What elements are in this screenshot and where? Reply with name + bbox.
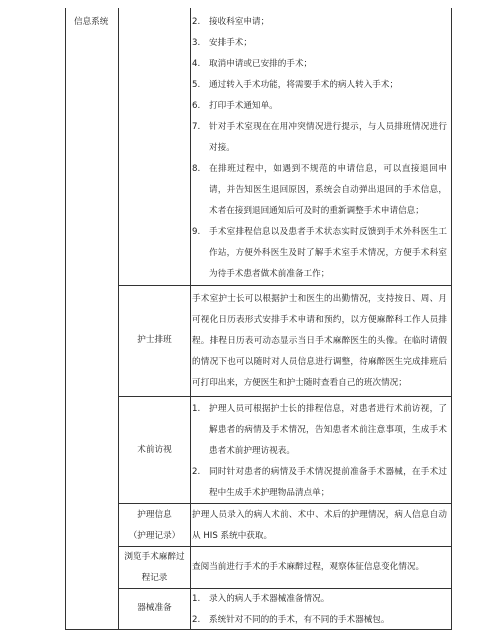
category-label: 信息系统 bbox=[74, 12, 108, 33]
instrument-prep-list: 1.录入的病人手术器械准备情况。 2.系统针对不同的的手术，有不同的手术器械包。 bbox=[192, 589, 447, 631]
list-item: 9.手术室排程信息以及患者手术状态实时反馈到手术外科医生工作站，方便外科医生及时… bbox=[192, 222, 447, 285]
list-item: 5.通过转入手术功能，将需要手术的病人转入手术； bbox=[192, 75, 447, 96]
list-item: 1.录入的病人手术器械准备情况。 bbox=[192, 589, 447, 610]
row-label-nursing-info: 护理信息 （护理记录） bbox=[119, 505, 190, 547]
list-item: 8.在排班过程中，如遇到不规范的申请信息，可以直接退回申请，并告知医生退回原因，… bbox=[192, 159, 447, 222]
list-item: 1.护理人员可根据护士长的排程信息，对患者进行术前访视，了解患者的病情及手术情况… bbox=[192, 399, 447, 462]
row-label-instrument-prep: 器械准备 bbox=[119, 598, 190, 619]
list-item: 2.接收科室申请； bbox=[192, 12, 447, 33]
label-line-1: 浏览手术麻醉过 bbox=[119, 547, 190, 568]
list-item: 4.取消申请或已安排的手术； bbox=[192, 54, 447, 75]
label-line-2: 程记录 bbox=[119, 568, 190, 589]
nursing-info-text: 护理人员录入的病人术前、术中、术后的护理情况，病人信息自动从 HIS 系统中获取… bbox=[192, 505, 447, 547]
label-line-2: （护理记录） bbox=[119, 526, 190, 547]
info-system-list: 2.接收科室申请； 3.安排手术； 4.取消申请或已安排的手术； 5.通过转入手… bbox=[192, 12, 447, 285]
list-item: 3.安排手术； bbox=[192, 33, 447, 54]
anesthesia-record-text: 查阅当前进行手术的手术麻醉过程，观察体征信息变化情况。 bbox=[192, 557, 447, 578]
row-label-nurse-schedule: 护士排班 bbox=[119, 330, 190, 351]
row-label-preop-visit: 术前访视 bbox=[119, 440, 190, 461]
nurse-schedule-text: 手术室护士长可以根据护士和医生的出勤情况，支持按日、周、月可视化日历表形式安排手… bbox=[192, 289, 447, 394]
row-label-anesthesia-record: 浏览手术麻醉过 程记录 bbox=[119, 547, 190, 589]
list-item: 7.针对手术室现在在用冲突情况进行提示，与人员排班情况进行对接。 bbox=[192, 117, 447, 159]
list-item: 6.打印手术通知单。 bbox=[192, 96, 447, 117]
label-line-1: 护理信息 bbox=[119, 505, 190, 526]
row-divider bbox=[118, 396, 452, 397]
requirements-table: 信息系统 2.接收科室申请； 3.安排手术； 4.取消申请或已安排的手术； 5.… bbox=[65, 8, 452, 630]
preop-visit-list: 1.护理人员可根据护士长的排程信息，对患者进行术前访视，了解患者的病情及手术情况… bbox=[192, 399, 447, 504]
row-divider bbox=[118, 285, 452, 286]
list-item: 2.同时针对患者的病情及手术情况提前准备手术器械，在手术过程中生成手术护理物品清… bbox=[192, 462, 447, 504]
column-divider-2 bbox=[190, 8, 191, 629]
list-item: 2.系统针对不同的的手术，有不同的手术器械包。 bbox=[192, 610, 447, 631]
